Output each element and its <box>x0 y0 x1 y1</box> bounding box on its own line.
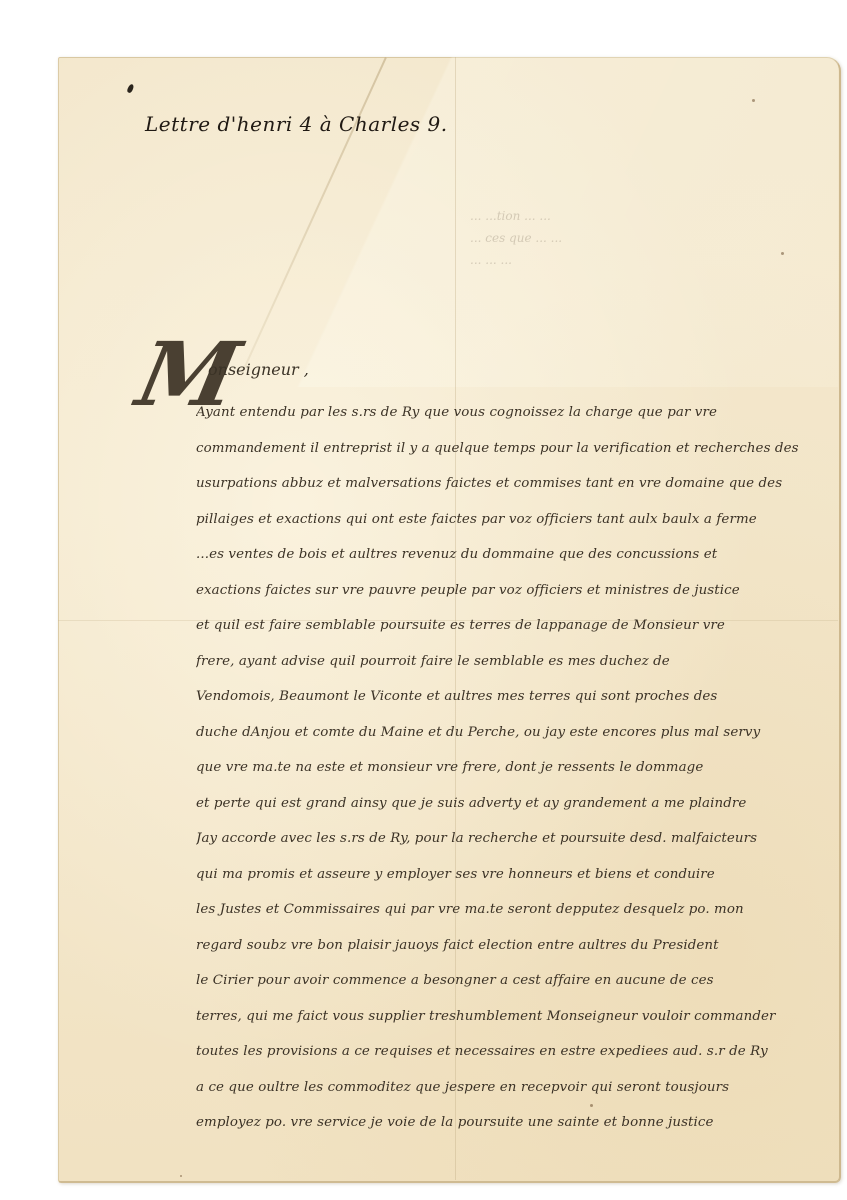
text-line: a ce que oultre les commoditez que jespe… <box>196 1070 816 1106</box>
text-line: le Cirier pour avoir commence a besongne… <box>196 963 816 999</box>
bleed-line: ... ... ... <box>470 249 800 271</box>
text-line: que vre ma.te na este et monsieur vre fr… <box>196 750 816 786</box>
text-line: employez po. vre service je voie de la p… <box>196 1105 816 1141</box>
text-line: les Justes et Commissaires qui par vre m… <box>196 892 816 928</box>
text-line: frere, ayant advise quil pourroit faire … <box>196 644 816 680</box>
text-line: exactions faictes sur vre pauvre peuple … <box>196 573 816 609</box>
bleed-through-text: ... ...tion ... ... ... ces que ... ... … <box>470 205 800 271</box>
text-line: Jay accorde avec les s.rs de Ry, pour la… <box>196 821 816 857</box>
text-line: commandement il entreprist il y a quelqu… <box>196 431 816 467</box>
text-line: Ayant entendu par les s.rs de Ry que vou… <box>196 395 816 431</box>
text-line: qui ma promis et asseure y employer ses … <box>196 857 816 893</box>
text-line: Vendomois, Beaumont le Viconte et aultre… <box>196 679 816 715</box>
bleed-line: ... ces que ... ... <box>470 227 800 249</box>
letter-body: Ayant entendu par les s.rs de Ry que vou… <box>196 395 816 1141</box>
bleed-line: ... ...tion ... ... <box>470 205 800 227</box>
text-line: usurpations abbuz et malversations faict… <box>196 466 816 502</box>
text-line: duche dAnjou et comte du Maine et du Per… <box>196 715 816 751</box>
text-line: pillaiges et exactions qui ont este faic… <box>196 502 816 538</box>
text-line: terres, qui me faict vous supplier tresh… <box>196 999 816 1035</box>
paper-speck <box>180 1175 182 1177</box>
text-line: regard soubz vre bon plaisir jauoys faic… <box>196 928 816 964</box>
text-line: et perte qui est grand ainsy que je suis… <box>196 786 816 822</box>
document-heading: Lettre d'henri 4 à Charles 9. <box>145 112 448 136</box>
text-line: et quil est faire semblable poursuite es… <box>196 608 816 644</box>
salutation: onseigneur , <box>208 360 309 379</box>
faint-stamp-mark: ...... <box>345 865 366 874</box>
paper-speck <box>752 99 755 102</box>
text-line: ...es ventes de bois et aultres revenuz … <box>196 537 816 573</box>
text-line: toutes les provisions a ce requises et n… <box>196 1034 816 1070</box>
